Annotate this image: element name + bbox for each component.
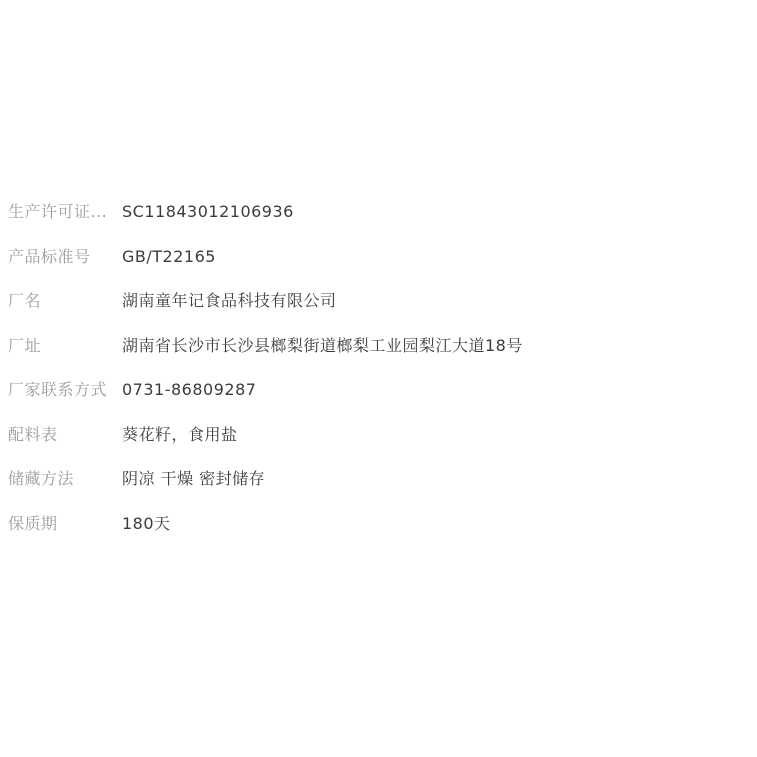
spec-label: 储藏方法: [8, 457, 122, 502]
spec-label: 厂家联系方式: [8, 368, 122, 413]
spec-label: 产品标准号: [8, 235, 122, 280]
spec-value: SC11843012106936: [122, 190, 749, 235]
spec-row-product-standard: 产品标准号 GB/T22165: [8, 235, 749, 280]
product-spec-sheet: 生产许可证... SC11843012106936 产品标准号 GB/T2216…: [8, 190, 749, 546]
spec-label: 厂名: [8, 279, 122, 324]
spec-row-manufacturer-contact: 厂家联系方式 0731-86809287: [8, 368, 749, 413]
spec-value: 0731-86809287: [122, 368, 749, 413]
spec-value: 葵花籽，食用盐: [122, 413, 749, 458]
spec-row-storage-method: 储藏方法 阴凉 干燥 密封储存: [8, 457, 749, 502]
spec-value: 180天: [122, 502, 749, 547]
spec-label: 厂址: [8, 324, 122, 369]
spec-label: 生产许可证...: [8, 190, 122, 235]
spec-value: 阴凉 干燥 密封储存: [122, 457, 749, 502]
spec-row-ingredients: 配料表 葵花籽，食用盐: [8, 413, 749, 458]
spec-row-shelf-life: 保质期 180天: [8, 502, 749, 547]
spec-value: 湖南童年记食品科技有限公司: [122, 279, 749, 324]
spec-row-production-license: 生产许可证... SC11843012106936: [8, 190, 749, 235]
spec-label: 保质期: [8, 502, 122, 547]
spec-value: 湖南省长沙市长沙县榔梨街道榔梨工业园梨江大道18号: [122, 324, 749, 369]
spec-value: GB/T22165: [122, 235, 749, 280]
spec-label: 配料表: [8, 413, 122, 458]
spec-row-manufacturer-address: 厂址 湖南省长沙市长沙县榔梨街道榔梨工业园梨江大道18号: [8, 324, 749, 369]
spec-row-manufacturer-name: 厂名 湖南童年记食品科技有限公司: [8, 279, 749, 324]
